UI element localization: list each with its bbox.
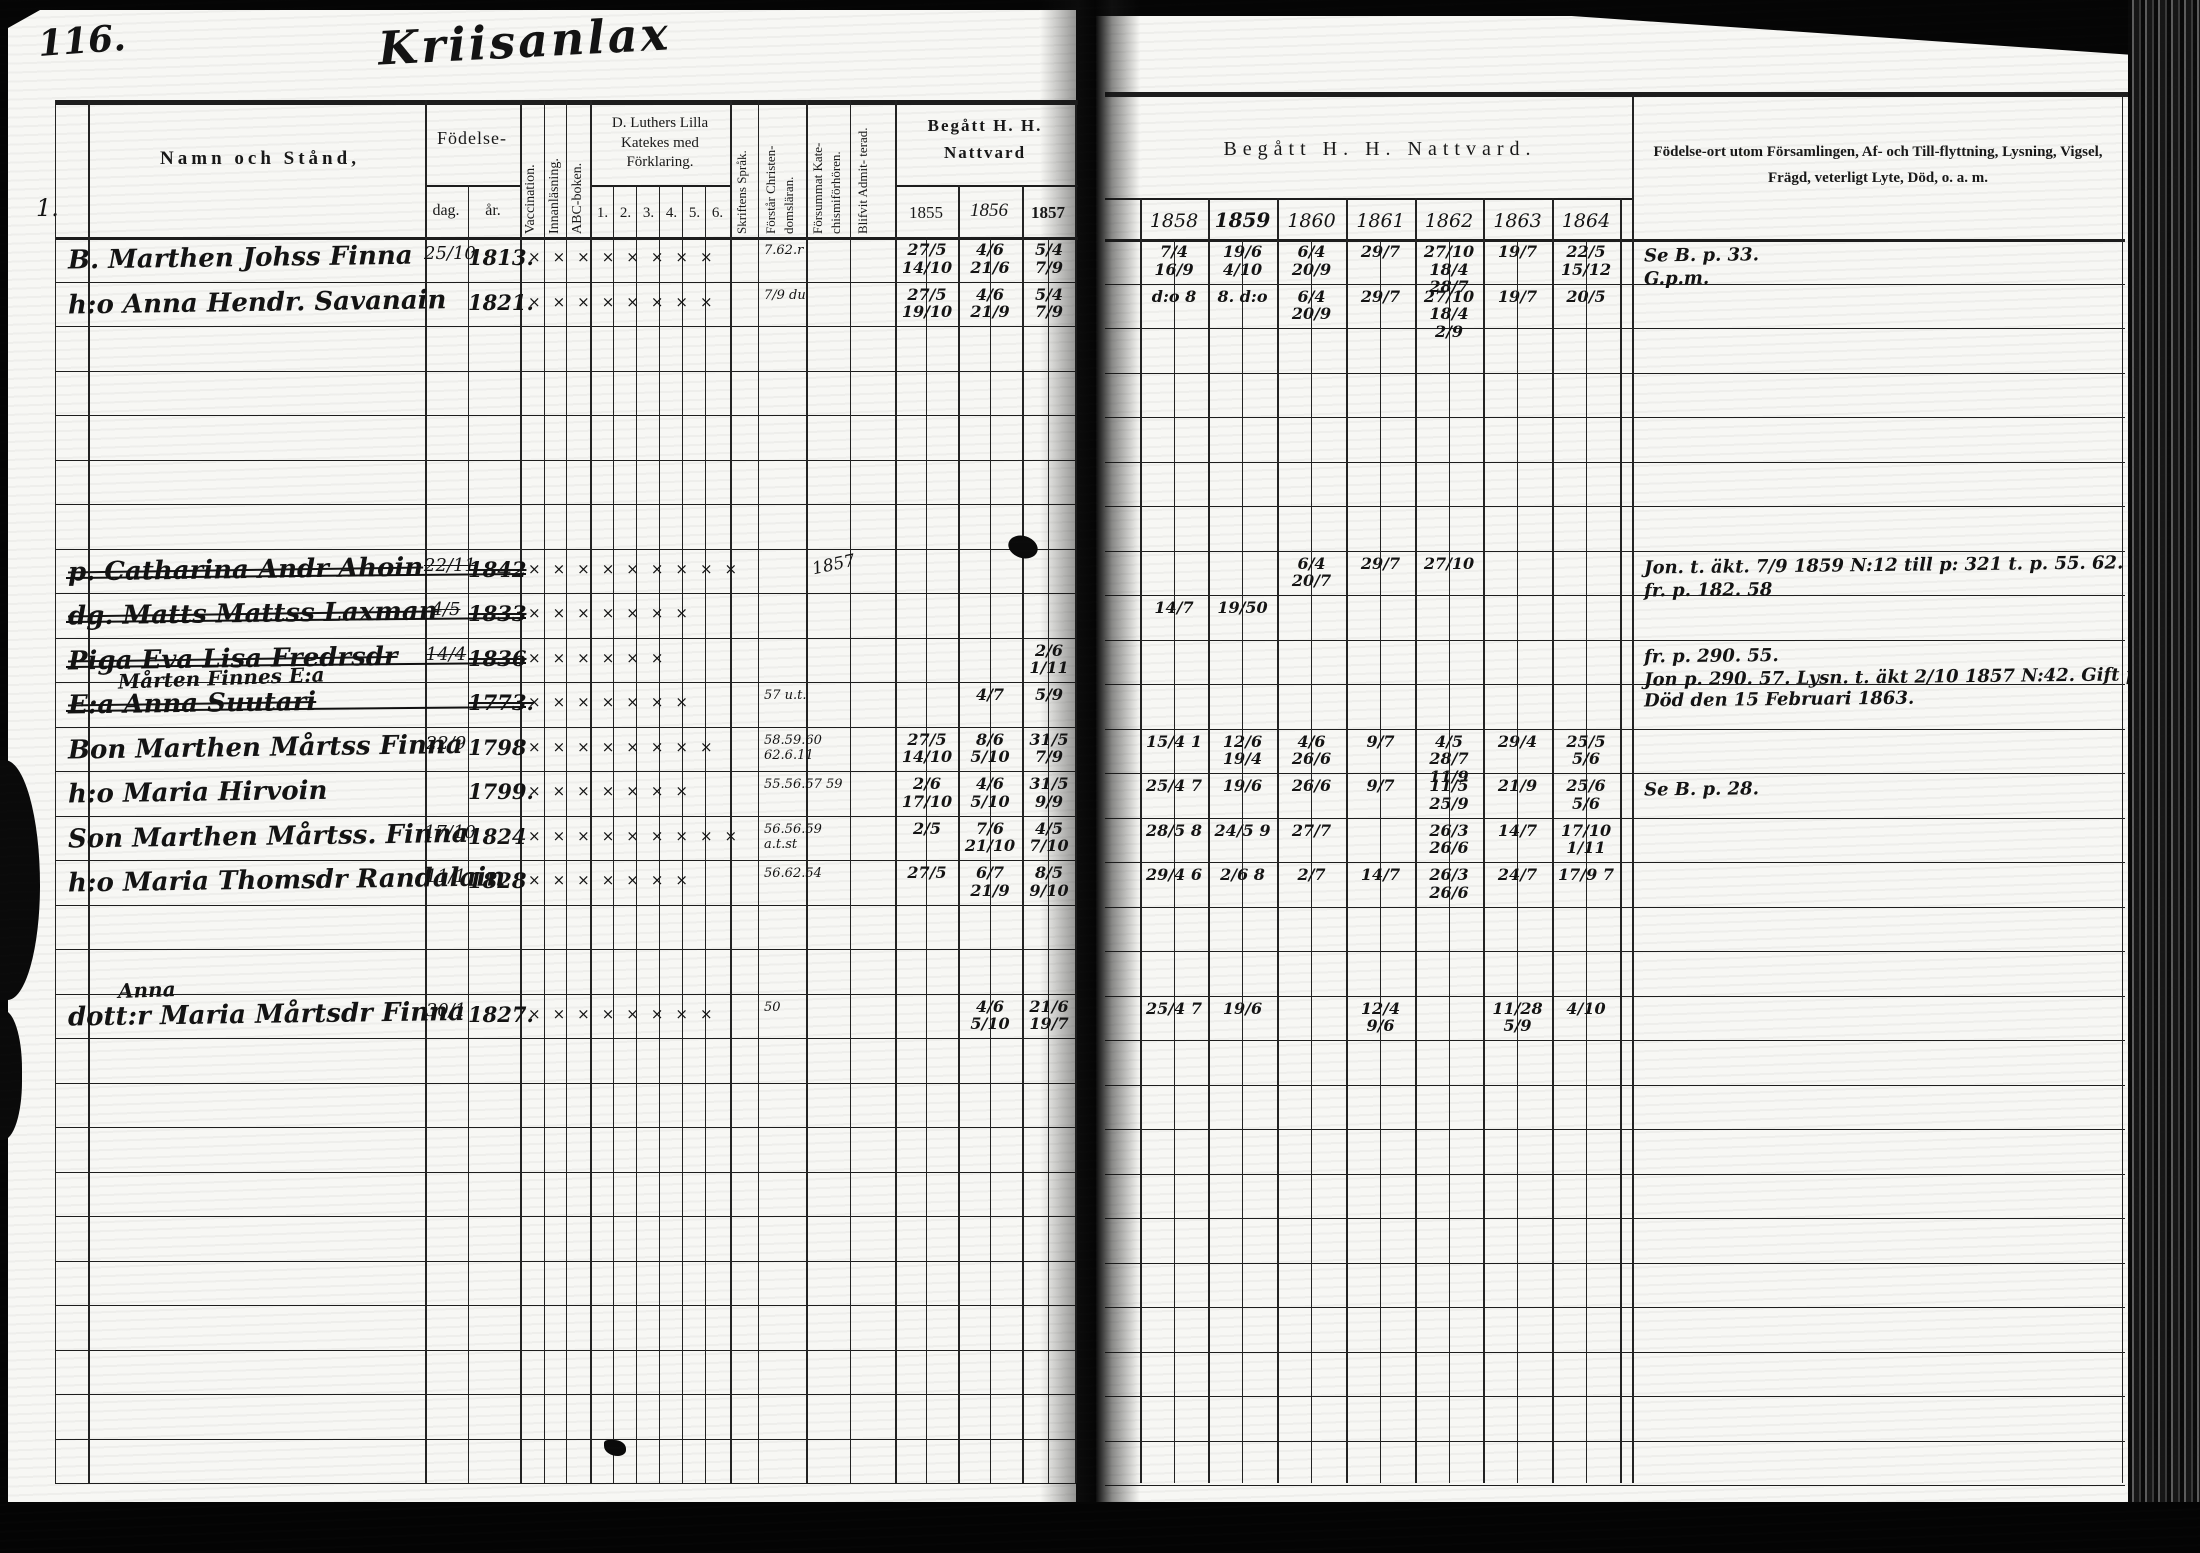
communion-dates-right: 14/7 [1348, 866, 1413, 884]
rule-horizontal [1105, 328, 2125, 329]
communion-dates-left: 2/6 17/10 [897, 775, 957, 810]
entry-note-above: Anna [118, 977, 176, 1003]
entry-annotation: Se B. p. 33. [1644, 241, 2114, 267]
rule-vertical [1311, 240, 1312, 1483]
entry-name: Son Marthen Mårtss. Finna [68, 819, 428, 854]
rule-horizontal [1105, 729, 2125, 730]
rule-horizontal [1105, 239, 2125, 240]
book-gutter-shadow [1040, 0, 1140, 1553]
communion-dates-right: 11/28 5/9 [1485, 1000, 1550, 1035]
rule-vertical [1586, 240, 1587, 1483]
entry-annotation: fr. p. 290. 55. [1644, 641, 2114, 667]
communion-dates-right: 27/10 18/4 2/9 [1417, 288, 1481, 341]
scanned-parish-register-spread: 116. Kriisanlax 1. Namn och Stånd, Födel… [0, 0, 2200, 1553]
communion-dates-left: 8/6 5/10 [960, 731, 1020, 766]
entry-birth-day: 14/4 [424, 644, 468, 665]
entry-scripture-note: 50 [764, 1000, 850, 1016]
entry-check-marks: ××××××× [528, 693, 700, 711]
communion-dates-right: 25/6 5/6 [1554, 777, 1618, 812]
entry-check-marks: ×××××××× [528, 1005, 725, 1023]
rule-vertical [1620, 198, 1622, 1483]
rule-vertical [1242, 240, 1243, 1483]
communion-dates-right: 6/4 20/7 [1279, 555, 1344, 590]
entry-check-marks: ×××××××× [528, 248, 725, 266]
communion-dates-right: 6/4 20/9 [1279, 288, 1344, 323]
communion-dates-right: 25/5 5/6 [1554, 733, 1618, 768]
entry-birth-year: 1824 [468, 824, 520, 849]
rule-horizontal [1105, 1040, 2125, 1041]
rule-horizontal [1105, 1485, 2125, 1486]
entry-birth-day: 22/11 [424, 555, 468, 576]
rule-vertical [1208, 198, 1210, 1483]
communion-dates-right: 29/7 [1348, 555, 1413, 573]
entry-birth-year: 1828 [468, 868, 520, 893]
rule-horizontal [1105, 417, 2125, 418]
entry-birth-year: 1773. [468, 690, 520, 715]
entry-birth-year: 1842 [468, 557, 520, 582]
entry-birth-day: 17/10 [424, 822, 468, 843]
entry-scripture-note: 7/9 du [764, 288, 850, 304]
rule-vertical [1140, 198, 1142, 1483]
rule-vertical [1346, 198, 1348, 1483]
entry-birth-year: 1799. [468, 779, 520, 804]
entry-scripture-note: 56.56.59 a.t.st [764, 822, 850, 853]
entry-birth-year: 1833 [468, 601, 520, 626]
rule-horizontal [1105, 462, 2125, 463]
communion-dates-right: 19/7 [1485, 288, 1550, 306]
entry-check-marks: ××××××××× [528, 827, 749, 845]
rule-horizontal [1105, 551, 2125, 552]
rule-vertical [1174, 240, 1175, 1483]
communion-dates-left: 4/6 21/9 [960, 286, 1020, 321]
rule-horizontal [1105, 1307, 2125, 1308]
entry-name: Bon Marthen Mårtss Finna [68, 730, 428, 765]
communion-dates-right: 6/4 20/9 [1279, 243, 1344, 278]
communion-dates-right: 28/5 8 [1142, 822, 1206, 840]
entry-check-marks: ×××××××× [528, 738, 725, 756]
entry-birth-day: 25/10 [424, 243, 468, 264]
rule-horizontal [1105, 92, 2128, 97]
communion-dates-right: 8. d:o [1210, 288, 1275, 306]
entry-birth-day: 22/9 [424, 733, 468, 754]
rule-vertical [730, 100, 732, 1483]
entry-scripture-note: 56.62.54 [764, 866, 850, 882]
rule-horizontal [1105, 1218, 2125, 1219]
communion-dates-right: 19/6 [1210, 1000, 1275, 1018]
communion-dates-right: 9/7 [1348, 733, 1413, 751]
entry-annotation: Se B. p. 28. [1644, 775, 2114, 801]
communion-dates-right: 25/4 7 [1142, 1000, 1206, 1018]
communion-dates-right: 24/7 [1485, 866, 1550, 884]
entry-birth-day: 4/5 [424, 599, 468, 620]
entry-name: h:o Maria Thomsdr Randalain [68, 863, 428, 898]
communion-dates-right: 26/3 26/6 [1417, 866, 1481, 901]
rule-vertical [1277, 198, 1279, 1483]
rule-vertical [2122, 95, 2123, 1483]
communion-dates-right: 2/7 [1279, 866, 1344, 884]
rule-vertical [1632, 95, 1634, 1483]
entry-check-marks: ×××××××× [528, 293, 725, 311]
communion-dates-right: 19/6 4/10 [1210, 243, 1275, 278]
rule-horizontal [1105, 1263, 2125, 1264]
communion-dates-right: 9/7 [1348, 777, 1413, 795]
rule-horizontal [1105, 951, 2125, 952]
entry-annotation: G.p.m. [1644, 264, 2114, 290]
communion-dates-left: 7/6 21/10 [960, 820, 1020, 855]
communion-dates-right: 7/4 16/9 [1142, 243, 1206, 278]
entry-birth-year: 1813. [468, 245, 520, 270]
communion-dates-right: 29/7 [1348, 288, 1413, 306]
entry-birth-day: 30/1 [424, 1000, 468, 1021]
communion-dates-right: 29/7 [1348, 243, 1413, 261]
communion-dates-right: 25/4 7 [1142, 777, 1206, 795]
entry-annotation: Jon. t. äkt. 7/9 1859 N:12 till p: 321 t… [1644, 552, 2114, 578]
communion-dates-right: 12/4 9/6 [1348, 1000, 1413, 1035]
entry-name: h:o Maria Hirvoin [68, 774, 428, 809]
rule-horizontal [1105, 1129, 2125, 1130]
communion-dates-right: 22/5 15/12 [1554, 243, 1618, 278]
entry-annotation: fr. p. 182. 58 [1644, 575, 2114, 601]
communion-dates-right: 29/4 6 [1142, 866, 1206, 884]
entry-name: h:o Anna Hendr. Savanain [68, 285, 428, 320]
rule-horizontal [1105, 862, 2125, 863]
entry-scripture-note: 58.59.60 62.6.11 [764, 733, 850, 764]
rule-horizontal [1105, 1441, 2125, 1442]
communion-dates-right: 27/7 [1279, 822, 1344, 840]
entry-check-marks: ××××××× [528, 871, 700, 889]
communion-dates-right: 26/3 26/6 [1417, 822, 1481, 857]
communion-dates-left: 2/5 [897, 820, 957, 838]
communion-dates-right: 17/10 1/11 [1554, 822, 1618, 857]
communion-dates-right: 24/5 9 [1210, 822, 1275, 840]
rule-vertical [1483, 198, 1485, 1483]
communion-dates-right: 19/50 [1210, 599, 1275, 617]
rule-vertical [1449, 240, 1450, 1483]
entry-scripture-note: 55.56.57 59 [764, 777, 850, 793]
rule-vertical [55, 100, 56, 1483]
entry-name: E:a Anna Suutari [68, 685, 428, 720]
communion-dates-right: 29/4 [1485, 733, 1550, 751]
communion-dates-right: 4/6 26/6 [1279, 733, 1344, 768]
rule-horizontal [55, 1483, 1076, 1484]
entry-name: dott:r Maria Mårtsdr Finna [68, 997, 428, 1032]
entry-check-marks: ×××××× [528, 649, 675, 667]
rule-vertical [1380, 240, 1381, 1483]
communion-dates-right: 17/9 7 [1554, 866, 1618, 884]
entry-check-marks: ××××××× [528, 782, 700, 800]
communion-dates-right: 14/7 [1142, 599, 1206, 617]
communion-dates-left: 27/5 14/10 [897, 731, 957, 766]
entry-name: p. Catharina Andr Ahoin [68, 552, 428, 587]
rule-horizontal [1105, 1352, 2125, 1353]
rule-vertical [758, 100, 759, 1483]
rule-horizontal [1105, 907, 2125, 908]
rule-horizontal [1105, 640, 2125, 641]
communion-dates-right: 4/10 [1554, 1000, 1618, 1018]
entry-birth-year: 1821. [468, 290, 520, 315]
communion-dates-right: d:o 8 [1142, 288, 1206, 306]
communion-dates-right: 11/5 25/9 [1417, 777, 1481, 812]
communion-dates-right: 21/9 [1485, 777, 1550, 795]
communion-dates-left: 4/6 5/10 [960, 775, 1020, 810]
communion-dates-right: 20/5 [1554, 288, 1618, 306]
communion-dates-right: 27/10 [1417, 555, 1481, 573]
communion-dates-right: 12/6 19/4 [1210, 733, 1275, 768]
entry-birth-year: 1836 [468, 646, 520, 671]
entry-birth-year: 1798 [468, 735, 520, 760]
communion-dates-left: 27/5 14/10 [897, 241, 957, 276]
rule-horizontal [1105, 773, 2125, 774]
page-stack-edge [2128, 0, 2200, 1553]
communion-dates-left: 27/5 19/10 [897, 286, 957, 321]
communion-dates-left: 27/5 [897, 864, 957, 882]
entry-annotation: Död den 15 Februari 1863. [1644, 686, 2114, 712]
rule-horizontal [1105, 506, 2125, 507]
entry-name: B. Marthen Johss Finna [68, 240, 428, 275]
rule-horizontal [1105, 1174, 2125, 1175]
rule-horizontal [1105, 373, 2125, 374]
entry-scripture-note: 7.62.r [764, 243, 850, 259]
rule-horizontal [425, 185, 520, 187]
communion-dates-right: 19/7 [1485, 243, 1550, 261]
rule-vertical [1517, 240, 1518, 1483]
rule-horizontal [1105, 818, 2125, 819]
entry-check-marks: ××××××××× [528, 560, 749, 578]
communion-dates-right: 26/6 [1279, 777, 1344, 795]
communion-dates-right: 14/7 [1485, 822, 1550, 840]
communion-dates-left: 4/6 5/10 [960, 998, 1020, 1033]
scan-bottom-edge [0, 1502, 2200, 1553]
rule-horizontal [1105, 1085, 2125, 1086]
rule-horizontal [1105, 996, 2125, 997]
communion-dates-right: 2/6 8 [1210, 866, 1275, 884]
entry-birth-day: 11/1 [424, 866, 468, 887]
entry-scripture-note: 57 u.t. [764, 688, 850, 704]
rule-vertical [926, 237, 927, 1483]
communion-dates-left: 4/6 21/6 [960, 241, 1020, 276]
entry-birth-year: 1827. [468, 1002, 520, 1027]
communion-dates-right: 15/4 1 [1142, 733, 1206, 751]
rule-horizontal [1105, 1396, 2125, 1397]
communion-dates-left: 4/7 [960, 686, 1020, 704]
communion-dates-left: 6/7 21/9 [960, 864, 1020, 899]
entry-check-marks: ××××××× [528, 604, 700, 622]
rule-vertical [850, 100, 851, 1483]
entry-name: dg. Matts Mattss Laxman [68, 596, 428, 631]
rule-vertical [990, 237, 991, 1483]
communion-dates-right: 19/6 [1210, 777, 1275, 795]
